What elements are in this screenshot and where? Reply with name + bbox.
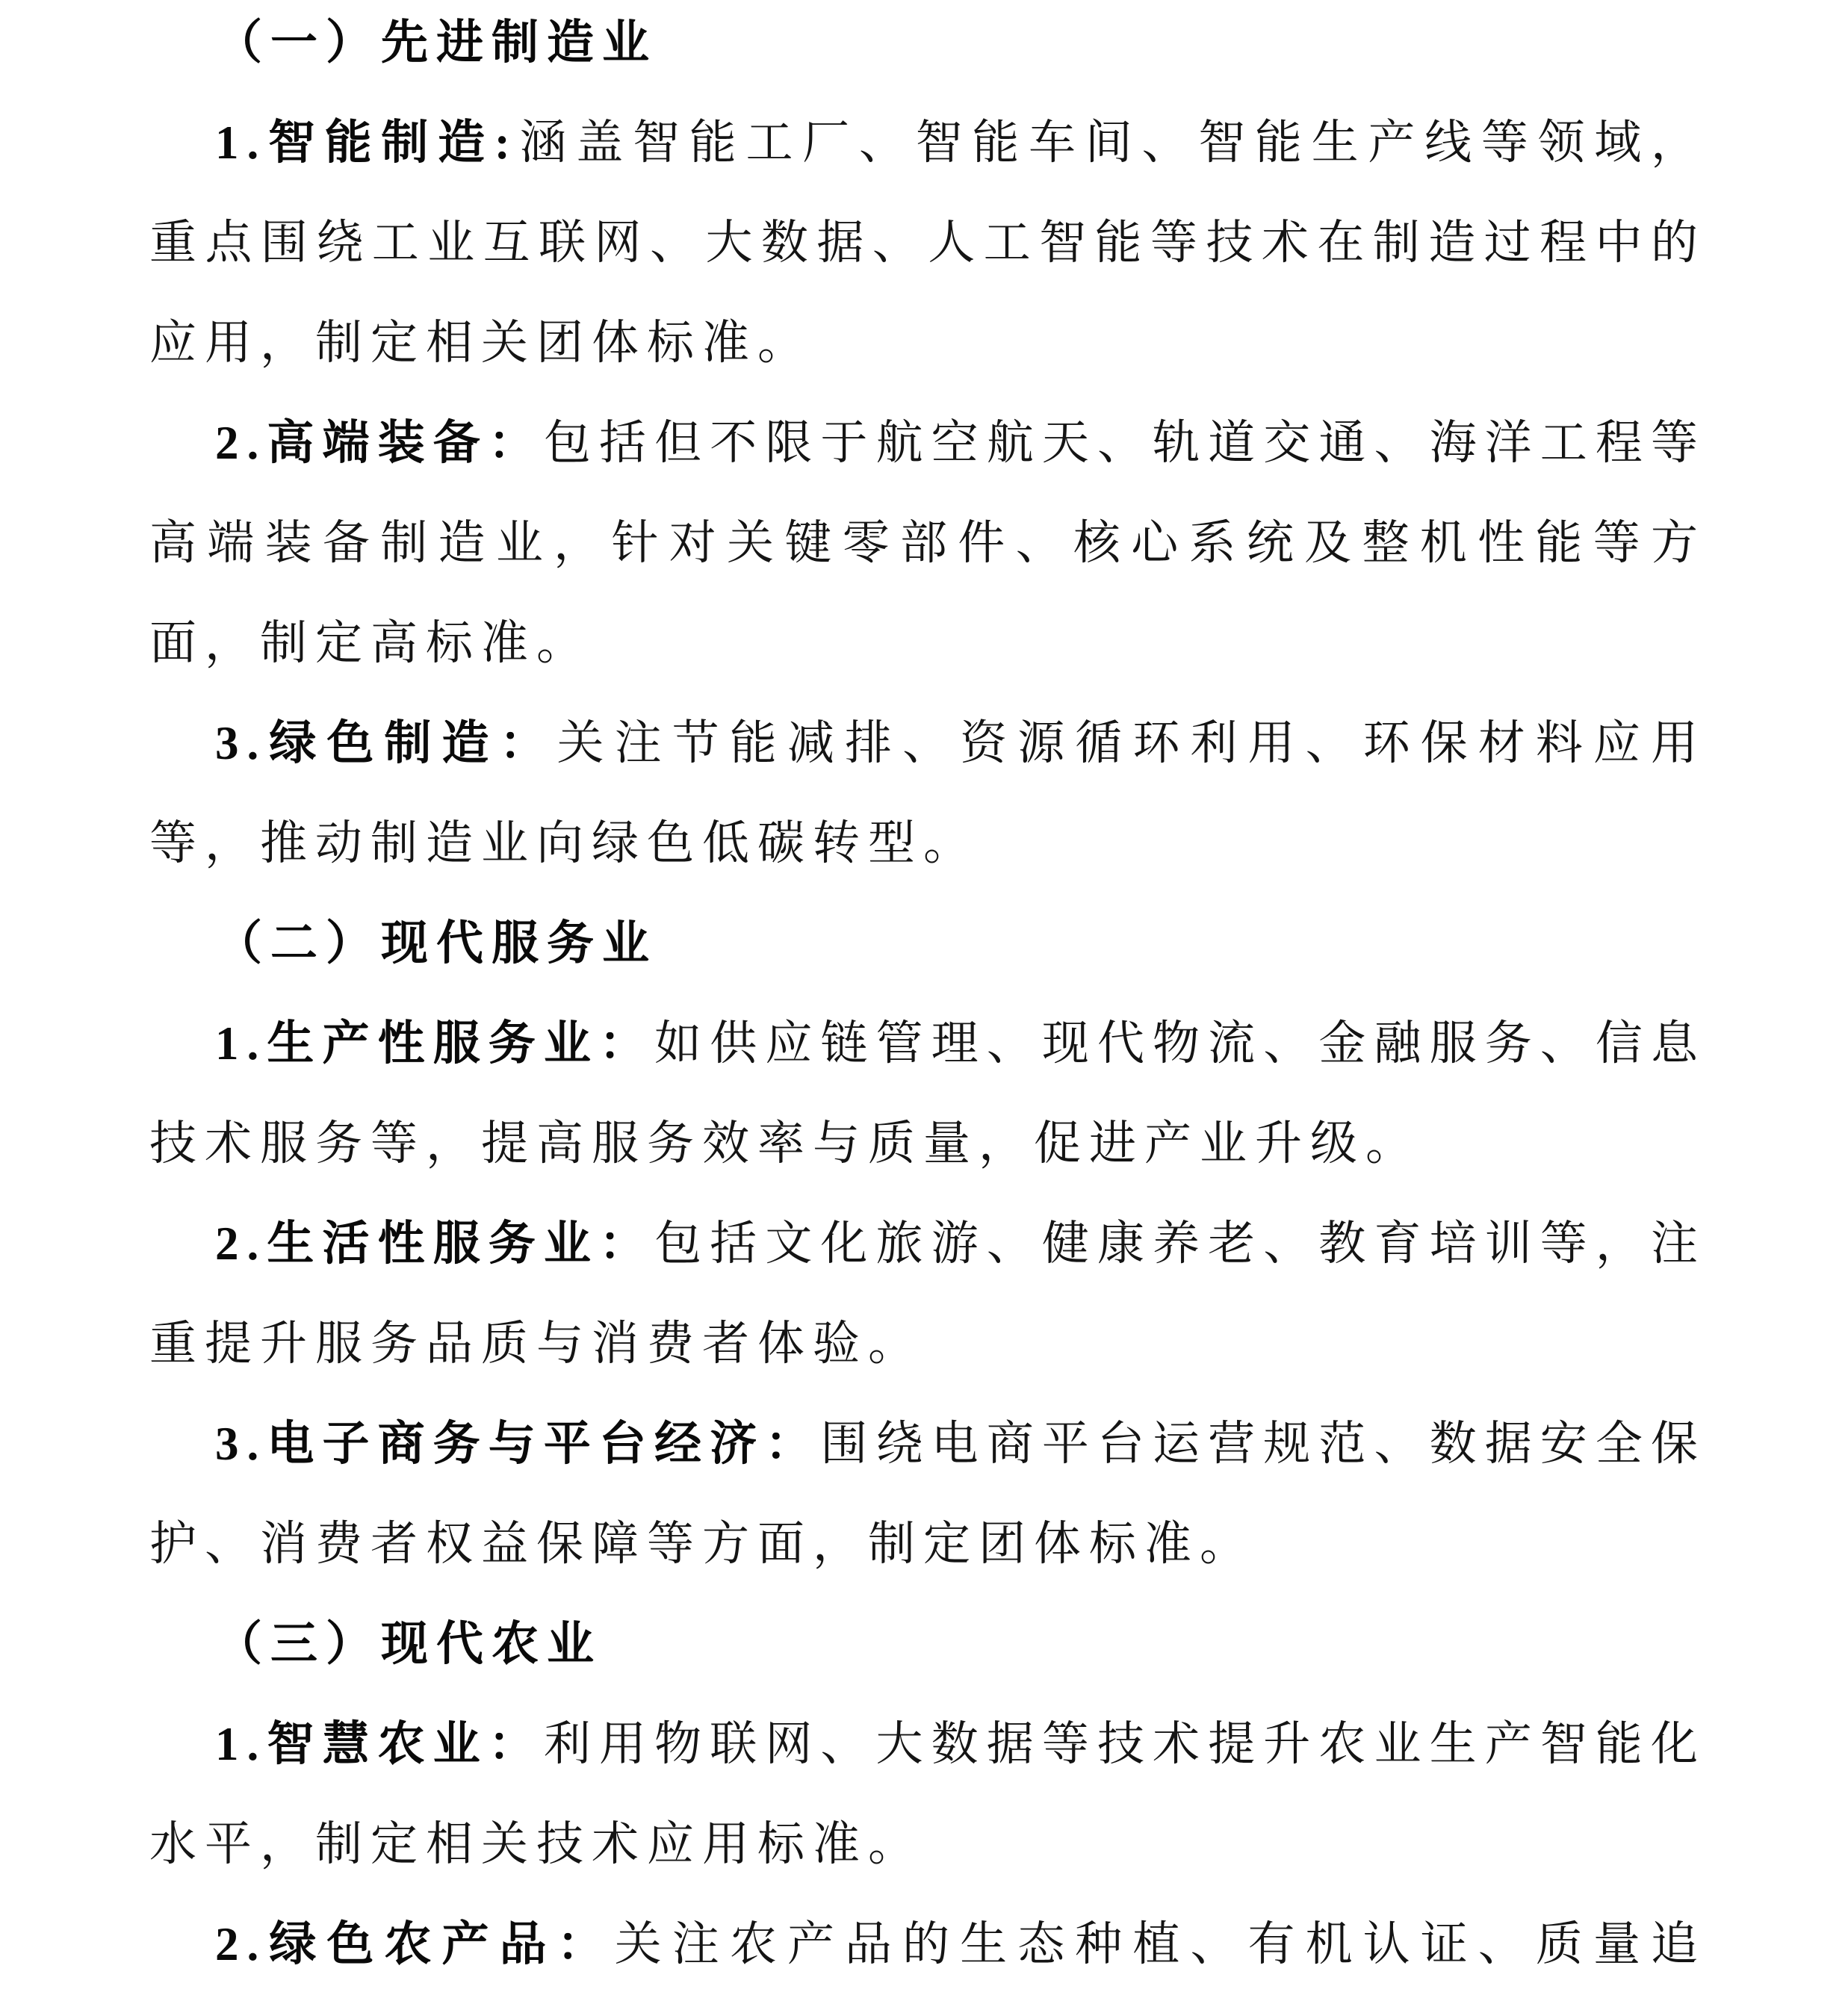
item-paragraph: 3.绿色制造：关注节能减排、资源循环利用、环保材料应用等，推动制造业向绿色低碳转… (149, 693, 1706, 893)
item-label: 3.电子商务与平台经济： (215, 1418, 820, 1470)
document-page: （一）先进制造业1.智能制造:涵盖智能工厂、智能车间、智能生产线等领域，重点围绕… (0, 0, 1848, 1997)
item-paragraph: 1.智慧农业：利用物联网、大数据等技术提升农业生产智能化水平，制定相关技术应用标… (149, 1694, 1706, 1894)
item-text: 关注农产品的生态种植、有机认证、质量追 (615, 1918, 1706, 1970)
item-label: 1.生产性服务业： (215, 1017, 654, 1070)
item-paragraph: 1.生产性服务业：如供应链管理、现代物流、金融服务、信息技术服务等，提高服务效率… (149, 993, 1706, 1194)
section-heading: （二）现代服务业 (149, 893, 1706, 993)
item-label: 2.高端装备： (215, 417, 544, 469)
item-paragraph: 3.电子商务与平台经济：围绕电商平台运营规范、数据安全保护、消费者权益保障等方面… (149, 1394, 1706, 1594)
item-label: 1.智能制造: (215, 117, 518, 169)
item-paragraph: 1.智能制造:涵盖智能工厂、智能车间、智能生产线等领域，重点围绕工业互联网、大数… (149, 93, 1706, 393)
section-heading: （三）现代农业 (149, 1594, 1706, 1694)
item-label: 2.生活性服务业： (215, 1217, 654, 1270)
item-label: 1.智慧农业： (215, 1718, 544, 1770)
item-label: 2.绿色农产品： (215, 1918, 615, 1970)
item-paragraph: 2.生活性服务业：包括文化旅游、健康养老、教育培训等，注重提升服务品质与消费者体… (149, 1194, 1706, 1394)
section-heading: （一）先进制造业 (149, 0, 1706, 93)
item-label: 3.绿色制造： (215, 717, 557, 769)
item-paragraph: 2.高端装备：包括但不限于航空航天、轨道交通、海洋工程等高端装备制造业，针对关键… (149, 393, 1706, 693)
document-content: （一）先进制造业1.智能制造:涵盖智能工厂、智能车间、智能生产线等领域，重点围绕… (0, 0, 1848, 1994)
item-paragraph: 2.绿色农产品：关注农产品的生态种植、有机认证、质量追 (149, 1894, 1706, 1994)
